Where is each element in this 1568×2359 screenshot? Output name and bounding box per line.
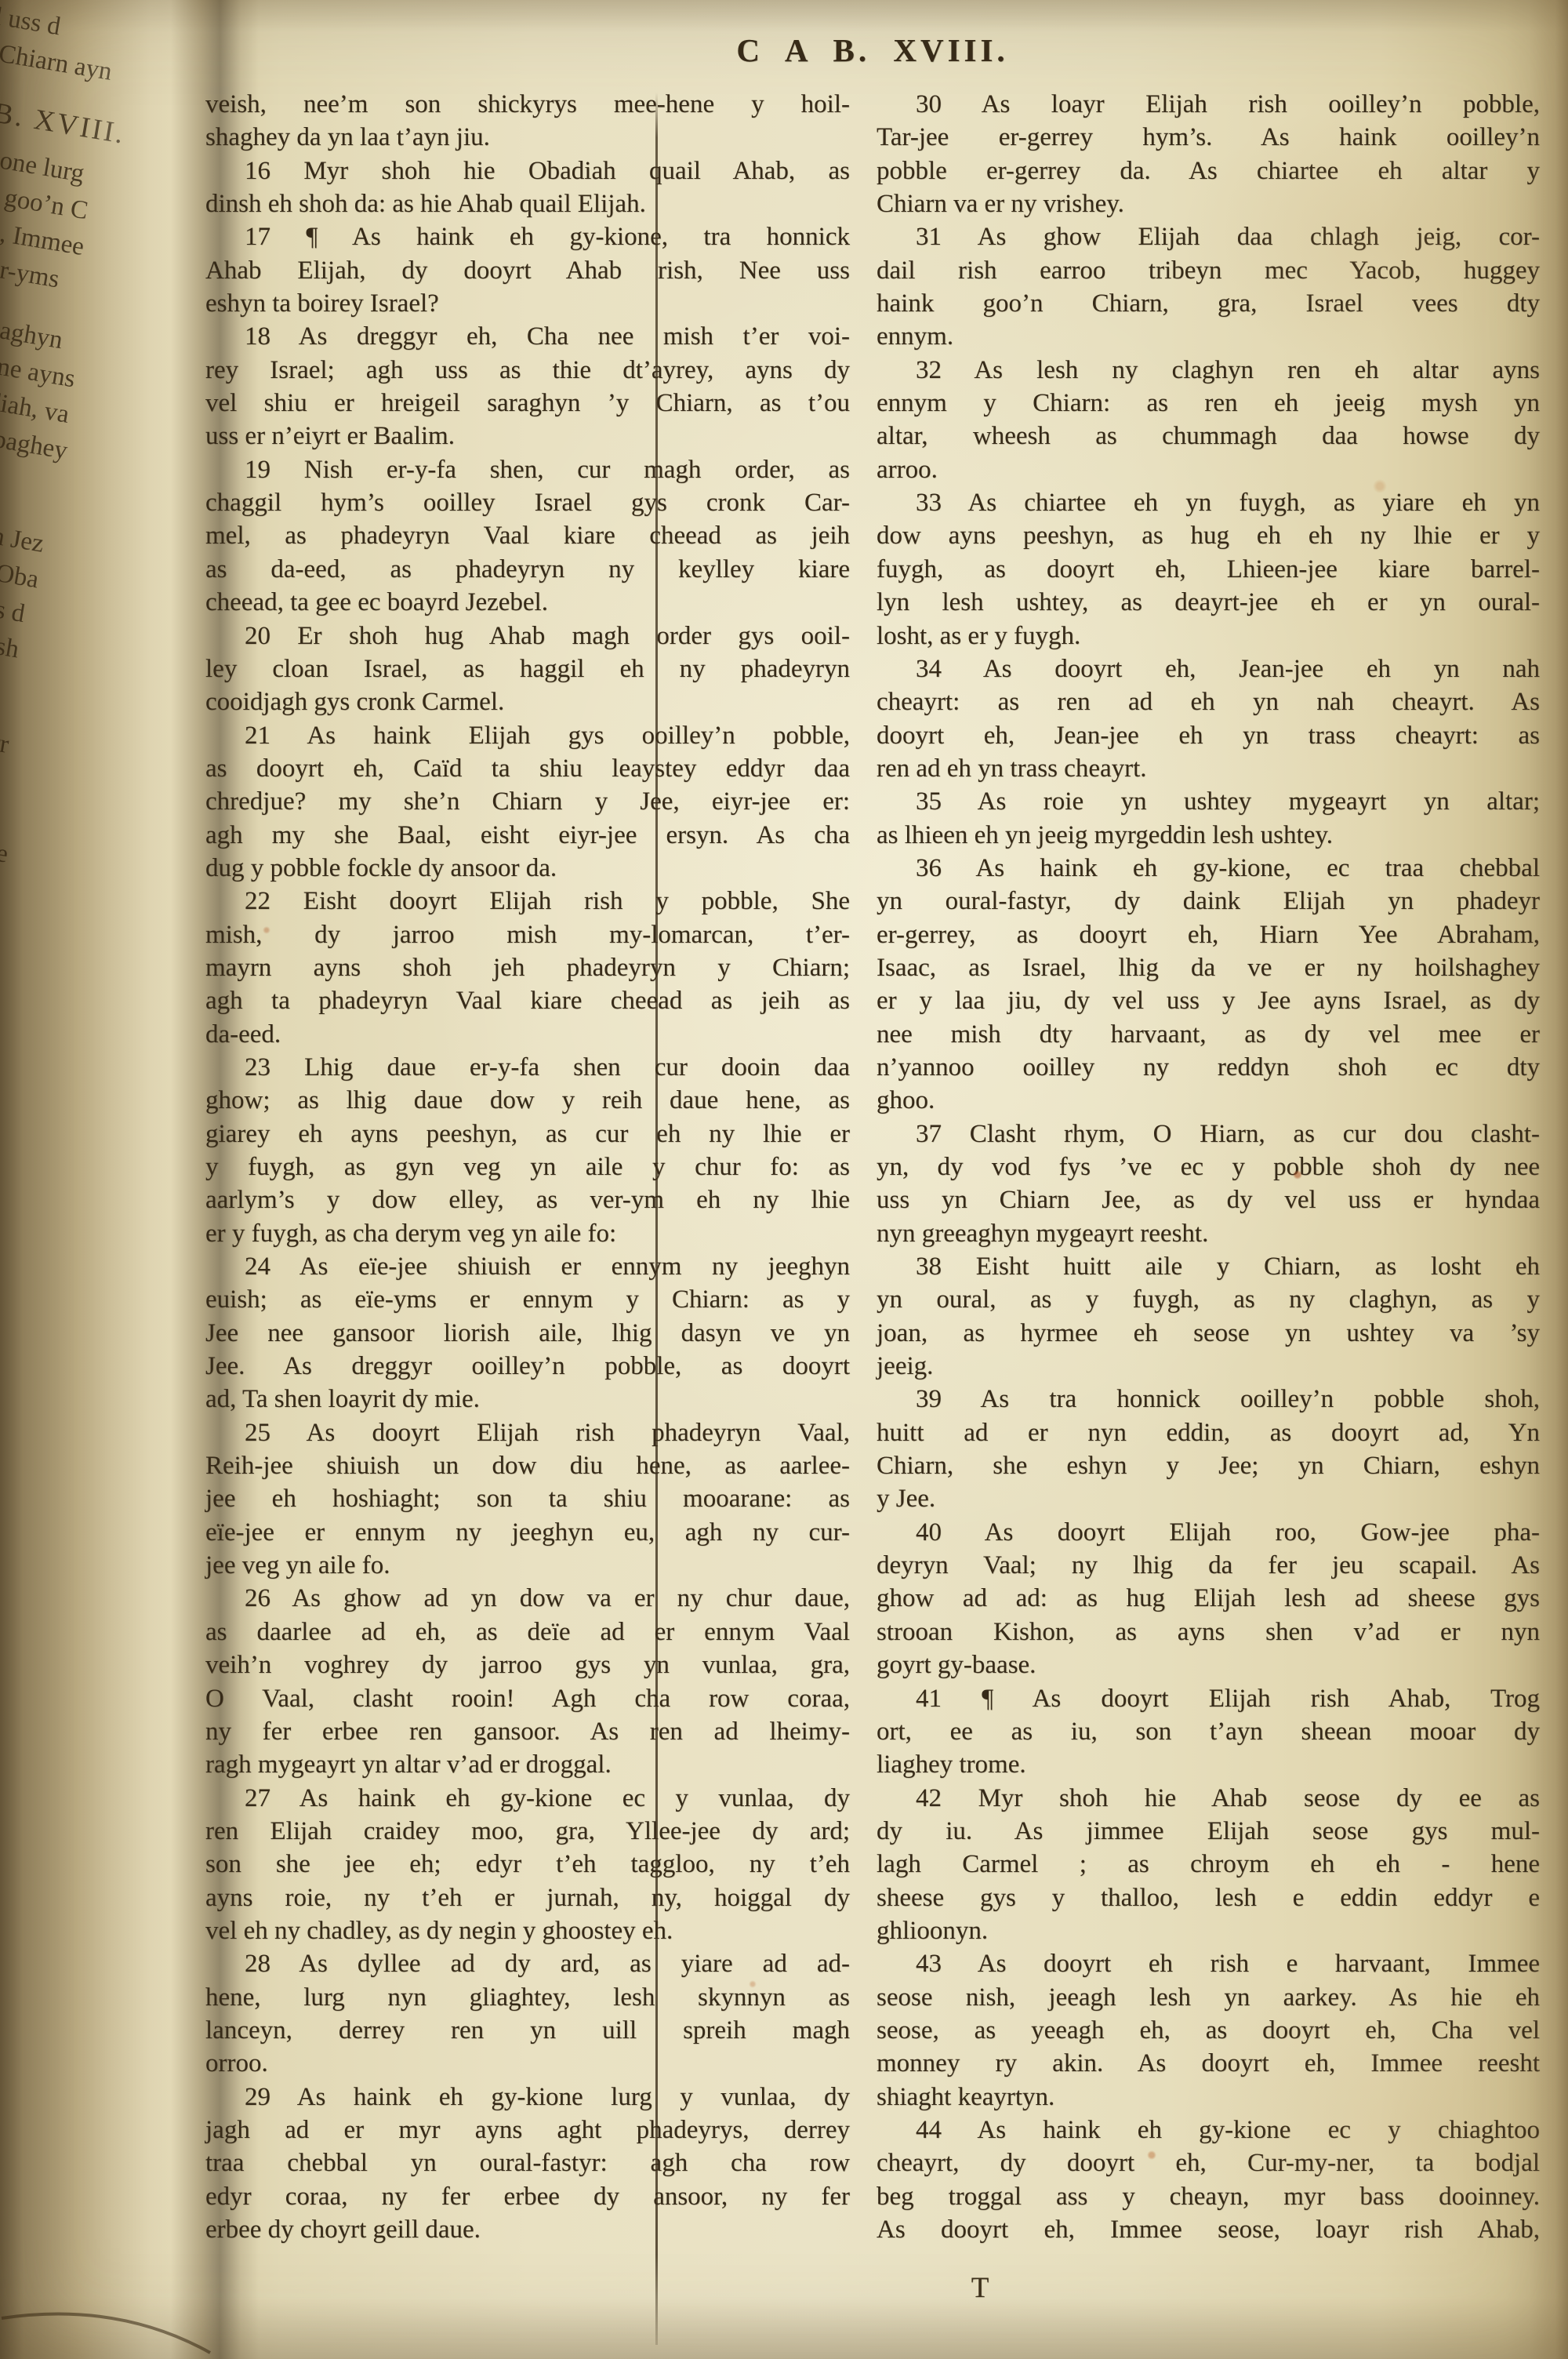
verse-text-line: jee eh hoshiaght; son ta shiu mooarane: …: [205, 1482, 850, 1515]
verse-text-line: goyrt gy-baase.: [877, 1648, 1540, 1681]
verse-text-line: cheead, ta gee ec boayrd Jezebel.: [205, 586, 850, 619]
verse-text-line: 18 As dreggyr eh, Cha nee mish t’er voi-: [205, 320, 850, 353]
page-body: C A B. XVIII. veish, nee’m son shickyrys…: [205, 0, 1540, 2246]
verse-text-line: sheese gys y thalloo, lesh e eddin eddyr…: [877, 1881, 1540, 1914]
verse-text-line: ren ad eh yn trass cheayrt.: [877, 752, 1540, 785]
verse-text-line: 39 As tra honnick ooilley’n pobble shoh,: [877, 1383, 1540, 1416]
verse-text-line: agh my she Baal, eisht eiyr-jee ersyn. A…: [205, 819, 850, 852]
verse-text-line: 29 As haink eh gy-kione lurg y vunlaa, d…: [205, 2081, 850, 2114]
verse-text-line: as daarlee ad eh, as deïe ad er ennym Va…: [205, 1616, 850, 1648]
verse-text-line: lyn lesh ushtey, as deayrt-jee eh er yn …: [877, 586, 1540, 619]
verse-text-line: 34 As dooyrt eh, Jean-jee eh yn nah: [877, 652, 1540, 685]
verse-text-line: eshyn ta boirey Israel?: [205, 287, 850, 320]
verse-text-line: orroo.: [205, 2047, 850, 2080]
verse-text-line: pobble er-gerrey da. As chiartee eh alta…: [877, 154, 1540, 187]
verse-text-line: 38 Eisht huitt aile y Chiarn, as losht e…: [877, 1250, 1540, 1283]
verse-text-line: rey Israel; agh uss as thie dt’ayrey, ay…: [205, 354, 850, 387]
verse-text-line: 43 As dooyrt eh rish e harvaant, Immee: [877, 1947, 1540, 1980]
verse-text-line: hene, lurg nyn gliaghtey, lesh skynnyn a…: [205, 1981, 850, 2014]
verse-text-line: n’yannoo ooilley ny reddyn shoh ec dty: [877, 1051, 1540, 1084]
column-right: 30 As loayr Elijah rish ooilley’n pobble…: [877, 88, 1540, 2246]
verse-text-line: 26 As ghow ad yn dow va er ny chur daue,: [205, 1582, 850, 1615]
verse-text-line: O Vaal, clasht rooin! Agh cha row coraa,: [205, 1682, 850, 1715]
margin-fragment-text: dy vel uss dgoo’n Chiarn aynCAB. XVIII.e…: [0, 0, 202, 2245]
verse-text-line: nyn greeaghyn mygeayrt reesht.: [877, 1217, 1540, 1250]
verse-text-line: giarey eh ayns peeshyn, as cur eh ny lhi…: [205, 1118, 850, 1150]
verse-text-line: eïe-jee er ennym ny jeeghyn eu, agh ny c…: [205, 1516, 850, 1549]
verse-text-line: Tar-jee er-gerrey hym’s. As haink ooille…: [877, 121, 1540, 154]
verse-text-line: dinsh eh shoh da: as hie Ahab quail Elij…: [205, 187, 850, 220]
previous-page-edge: dy vel uss dgoo’n Chiarn aynCAB. XVIII.e…: [0, 0, 202, 2359]
verse-text-line: 35 As roie yn ushtey mygeayrt yn altar;: [877, 785, 1540, 818]
verse-text-line: ley cloan Israel, as haggil eh ny phadey…: [205, 652, 850, 685]
verse-text-line: huitt ad er nyn eddin, as dooyrt ad, Yn: [877, 1416, 1540, 1449]
verse-text-line: haink goo’n Chiarn, gra, Israel vees dty: [877, 287, 1540, 320]
verse-text-line: 36 As haink eh gy-kione, ec traa chebbal: [877, 852, 1540, 885]
text-columns: veish, nee’m son shickyrys mee-hene y ho…: [205, 88, 1540, 2246]
verse-text-line: lagh Carmel ; as chroym eh eh - hene: [877, 1848, 1540, 1881]
verse-text-line: shaghey da yn laa t’ayn jiu.: [205, 121, 850, 154]
verse-text-line: ragh mygeayrt yn altar v’ad er droggal.: [205, 1748, 850, 1781]
verse-text-line: edyr coraa, ny fer erbee dy ansoor, ny f…: [205, 2180, 850, 2213]
verse-text-line: 40 As dooyrt Elijah roo, Gow-jee pha-: [877, 1516, 1540, 1549]
verse-text-line: chaggil hym’s ooilley Israel gys cronk C…: [205, 486, 850, 519]
chapter-heading: C A B. XVIII.: [205, 31, 1540, 69]
verse-text-line: 30 As loayr Elijah rish ooilley’n pobble…: [877, 88, 1540, 121]
verse-text-line: ad, Ta shen loayrit dy mie.: [205, 1383, 850, 1416]
verse-text-line: Jee. As dreggyr ooilley’n pobble, as doo…: [205, 1350, 850, 1383]
verse-text-line: y Jee.: [877, 1482, 1540, 1515]
verse-text-line: mayrn ayns shoh jeh phadeyryn y Chiarn;: [205, 951, 850, 984]
verse-text-line: traa chebbal yn oural-fastyr: agh cha ro…: [205, 2146, 850, 2179]
verse-text-line: monney ry akin. As dooyrt eh, Immee rees…: [877, 2047, 1540, 2080]
verse-text-line: 22 Eisht dooyrt Elijah rish y pobble, Sh…: [205, 885, 850, 918]
verse-text-line: cooidjagh gys cronk Carmel.: [205, 685, 850, 718]
verse-text-line: beg troggal ass y cheayn, myr bass dooin…: [877, 2180, 1540, 2213]
verse-text-line: mish, dy jarroo mish my-lomarcan, t’er-: [205, 918, 850, 951]
verse-text-line: 16 Myr shoh hie Obadiah quail Ahab, as: [205, 154, 850, 187]
verse-text-line: uss er n’eiyrt er Baalim.: [205, 420, 850, 453]
verse-text-line: strooan Kishon, as ayns shen v’ad er nyn: [877, 1616, 1540, 1648]
verse-text-line: ghoo.: [877, 1084, 1540, 1117]
verse-text-line: Reih-jee shiuish un dow diu hene, as aar…: [205, 1449, 850, 1482]
verse-text-line: ayns roie, ny t’eh er jurnah, ny, hoigga…: [205, 1881, 850, 1914]
verse-text-line: 41 ¶ As dooyrt Elijah rish Ahab, Trog: [877, 1682, 1540, 1715]
verse-text-line: dow ayns peeshyn, as hug eh eh ny lhie e…: [877, 519, 1540, 552]
verse-text-line: 27 As haink eh gy-kione ec y vunlaa, dy: [205, 1782, 850, 1815]
verse-text-line: da-eed.: [205, 1018, 850, 1051]
verse-text-line: 17 ¶ As haink eh gy-kione, tra honnick: [205, 220, 850, 253]
verse-text-line: dy iu. As jimmee Elijah seose gys mul-: [877, 1815, 1540, 1848]
verse-text-line: 20 Er shoh hug Ahab magh order gys ooil-: [205, 620, 850, 652]
verse-text-line: vel eh ny chadley, as dy negin y ghooste…: [205, 1914, 850, 1947]
verse-text-line: y fuygh, as gyn veg yn aile y chur fo: a…: [205, 1150, 850, 1183]
signature-mark: T: [933, 2271, 1027, 2305]
verse-text-line: 42 Myr shoh hie Ahab seose dy ee as: [877, 1782, 1540, 1815]
verse-text-line: 37 Clasht rhym, O Hiarn, as cur dou clas…: [877, 1118, 1540, 1150]
verse-text-line: losht, as er y fuygh.: [877, 620, 1540, 652]
verse-text-line: ny fer erbee ren gansoor. As ren ad lhei…: [205, 1715, 850, 1748]
verse-text-line: shiaght keayrtyn.: [877, 2081, 1540, 2114]
verse-text-line: son she jee eh; edyr t’eh taggloo, ny t’…: [205, 1848, 850, 1881]
verse-text-line: nee mish dty harvaant, as dy vel mee er: [877, 1018, 1540, 1051]
verse-text-line: ghow; as lhig daue dow y reih daue hene,…: [205, 1084, 850, 1117]
verse-text-line: yn oural-fastyr, dy daink Elijah yn phad…: [877, 885, 1540, 918]
verse-text-line: mel, as phadeyryn Vaal kiare cheead as j…: [205, 519, 850, 552]
verse-text-line: jeeig.: [877, 1350, 1540, 1383]
verse-text-line: dail rish earroo tribeyn mec Yacob, hugg…: [877, 254, 1540, 287]
verse-text-line: cheayrt: as ren ad eh yn nah cheayrt. As: [877, 685, 1540, 718]
verse-text-line: ennym.: [877, 320, 1540, 353]
verse-text-line: 28 As dyllee ad dy ard, as yiare ad ad-: [205, 1947, 850, 1980]
verse-text-line: Isaac, as Israel, lhig da ve er ny hoils…: [877, 951, 1540, 984]
verse-text-line: uss yn Chiarn Jee, as dy vel uss er hynd…: [877, 1183, 1540, 1216]
verse-text-line: 44 As haink eh gy-kione ec y chiaghtoo: [877, 2114, 1540, 2146]
verse-text-line: er y laa jiu, dy vel uss y Jee ayns Isra…: [877, 984, 1540, 1017]
verse-text-line: ghow ad ad: as hug Elijah lesh ad sheese…: [877, 1582, 1540, 1615]
verse-text-line: yn, dy vod fys ’ve ec y pobble shoh dy n…: [877, 1150, 1540, 1183]
verse-text-line: Chiarn va er ny vrishey.: [877, 187, 1540, 220]
verse-text-line: Chiarn, she eshyn y Jee; yn Chiarn, eshy…: [877, 1449, 1540, 1482]
verse-text-line: lanceyn, derrey ren yn uill spreih magh: [205, 2014, 850, 2047]
verse-text-line: liaghey trome.: [877, 1748, 1540, 1781]
verse-text-line: joan, as hyrmee eh seose yn ushtey va ’s…: [877, 1317, 1540, 1350]
verse-text-line: er-gerrey, as dooyrt eh, Hiarn Yee Abrah…: [877, 918, 1540, 951]
verse-text-line: jee veg yn aile fo.: [205, 1549, 850, 1582]
verse-text-line: ghlioonyn.: [877, 1914, 1540, 1947]
verse-text-line: yn oural, as y fuygh, as ny claghyn, as …: [877, 1283, 1540, 1316]
verse-text-line: 23 Lhig daue er-y-fa shen cur dooin daa: [205, 1051, 850, 1084]
verse-text-line: chredjue? my she’n Chiarn y Jee, eiyr-je…: [205, 785, 850, 818]
verse-text-line: arroo.: [877, 453, 1540, 486]
column-divider-rule: [655, 93, 658, 2345]
verse-text-line: dooyrt eh, Jean-jee eh yn trass cheayrt:…: [877, 719, 1540, 752]
verse-text-line: as da-eed, as phadeyryn ny keylley kiare: [205, 553, 850, 586]
verse-text-line: As dooyrt eh, Immee seose, loayr rish Ah…: [877, 2213, 1540, 2246]
verse-text-line: aarlym’s y dow elley, as ver-ym eh ny lh…: [205, 1183, 850, 1216]
verse-text-line: er y fuygh, as cha derym veg yn aile fo:: [205, 1217, 850, 1250]
verse-text-line: 21 As haink Elijah gys ooilley’n pobble,: [205, 719, 850, 752]
verse-text-line: ennym y Chiarn: as ren eh jeeig mysh yn: [877, 387, 1540, 420]
verse-text-line: 33 As chiartee eh yn fuygh, as yiare eh …: [877, 486, 1540, 519]
verse-text-line: 25 As dooyrt Elijah rish phadeyryn Vaal,: [205, 1416, 850, 1449]
column-left: veish, nee’m son shickyrys mee-hene y ho…: [205, 88, 850, 2246]
verse-text-line: 32 As lesh ny claghyn ren eh altar ayns: [877, 354, 1540, 387]
verse-text-line: euish; as eïe-yms er ennym y Chiarn: as …: [205, 1283, 850, 1316]
verse-text-line: as dooyrt eh, Caïd ta shiu leaystey eddy…: [205, 752, 850, 785]
verse-text-line: Ahab Elijah, dy dooyrt Ahab rish, Nee us…: [205, 254, 850, 287]
verse-text-line: 31 As ghow Elijah daa chlagh jeig, cor-: [877, 220, 1540, 253]
verse-text-line: vel shiu er hreigeil saraghyn ’y Chiarn,…: [205, 387, 850, 420]
verse-text-line: seose, as yeeagh eh, as dooyrt eh, Cha v…: [877, 2014, 1540, 2047]
verse-text-line: deyryn Vaal; ny lhig da fer jeu scapail.…: [877, 1549, 1540, 1582]
verse-text-line: erbee dy choyrt geill daue.: [205, 2213, 850, 2246]
verse-text-line: Jee nee gansoor liorish aile, lhig dasyn…: [205, 1317, 850, 1350]
verse-text-line: cheayrt, dy dooyrt eh, Cur-my-ner, ta bo…: [877, 2146, 1540, 2179]
verse-text-line: altar, wheesh as chummagh daa howse dy: [877, 420, 1540, 453]
verse-text-line: agh ta phadeyryn Vaal kiare cheead as je…: [205, 984, 850, 1017]
verse-text-line: as lhieen eh yn jeeig myrgeddin lesh ush…: [877, 819, 1540, 852]
verse-text-line: jagh ad er myr ayns aght phadeyrys, derr…: [205, 2114, 850, 2146]
verse-text-line: fuygh, as dooyrt eh, Lhieen-jee kiare ba…: [877, 553, 1540, 586]
verse-text-line: seose nish, jeeagh lesh yn aarkey. As hi…: [877, 1981, 1540, 2014]
verse-text-line: 19 Nish er-y-fa shen, cur magh order, as: [205, 453, 850, 486]
verse-text-line: ren Elijah craidey moo, gra, Yllee-jee d…: [205, 1815, 850, 1848]
verse-text-line: veih’n voghrey dy jarroo gys yn vunlaa, …: [205, 1648, 850, 1681]
verse-text-line: dug y pobble fockle dy ansoor da.: [205, 852, 850, 885]
verse-text-line: veish, nee’m son shickyrys mee-hene y ho…: [205, 88, 850, 121]
verse-text-line: 24 As eïe-jee shiuish er ennym ny jeeghy…: [205, 1250, 850, 1283]
scanned-book-page: dy vel uss dgoo’n Chiarn aynCAB. XVIII.e…: [0, 0, 1568, 2359]
verse-text-line: ort, ee as iu, son t’ayn sheean mooar dy: [877, 1715, 1540, 1748]
